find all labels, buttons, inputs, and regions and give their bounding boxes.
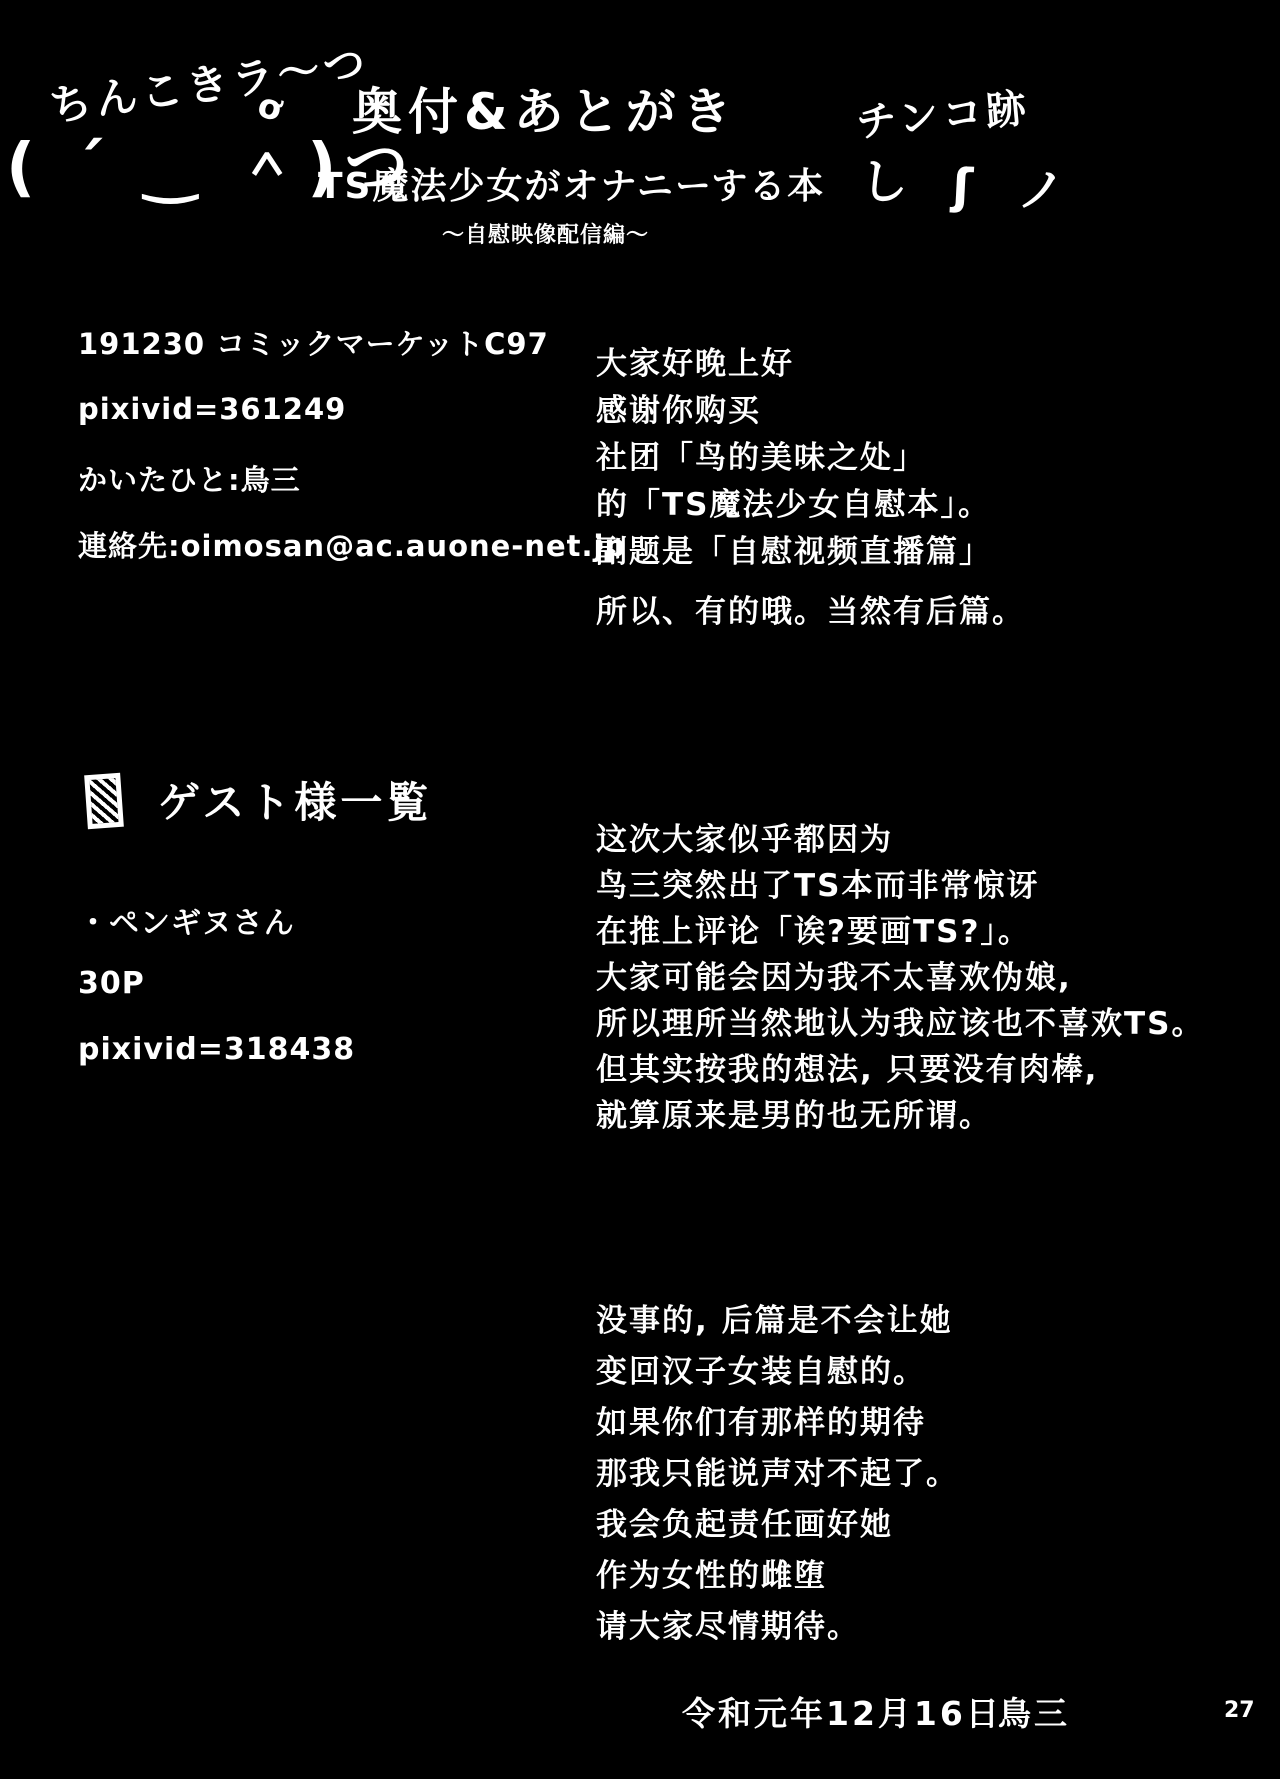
event-info: 191230 コミックマーケットC97 — [78, 322, 549, 363]
afterword-page: ちんこきラ～つ ơ ( ´ ‿ ＾)つ 奥付&あとがき TS魔法少女がオナニーす… — [0, 0, 1280, 1779]
publication-date: 令和元年12月16日 — [682, 1688, 1002, 1735]
page-number: 27 — [1224, 1698, 1255, 1723]
afterword-line: 大家可能会因为我不太喜欢伪娘, — [596, 952, 1072, 997]
afterword-line: 如果你们有那样的期待 — [596, 1397, 926, 1442]
guest-pixiv-id: pixivid=318438 — [78, 1032, 355, 1067]
author-pixiv-id: pixivid=361249 — [78, 392, 346, 426]
afterword-line: 就算原来是男的也无所谓。 — [596, 1090, 992, 1135]
greeting-line: 社团「鸟的美味之处」 — [596, 432, 926, 477]
afterword-line: 所以理所当然地认为我应该也不喜欢TS。 — [596, 998, 1204, 1043]
afterword-line: 没事的, 后篇是不会让她 — [596, 1295, 953, 1340]
afterword-line: 作为女性的雌堕 — [596, 1550, 827, 1595]
guest-list-heading: ゲスト様一覧 — [158, 770, 432, 830]
greeting-line: 所以、有的哦。当然有后篇。 — [596, 586, 1025, 631]
page-title: 奥付&あとがき — [352, 72, 738, 144]
doodle-strokes: し ʃ ノ — [858, 142, 1081, 222]
afterword-line: 但其实按我的想法, 只要没有肉棒, — [596, 1044, 1098, 1089]
afterword-line: 变回汉子女装自慰的。 — [596, 1346, 926, 1391]
doodle-chinko-ato: チンコ跡 — [854, 77, 1032, 149]
afterword-line: 那我只能说声对不起了。 — [596, 1448, 959, 1493]
hatched-square-icon — [84, 773, 124, 829]
afterword-line: 鸟三突然出了TS本而非常惊讶 — [596, 860, 1039, 905]
afterword-line: 这次大家似乎都因为 — [596, 814, 893, 859]
greeting-line: 的「TS魔法少女自慰本」。 — [596, 479, 991, 524]
author-signature: 鳥三 — [998, 1688, 1070, 1735]
guest-pages: 30P — [78, 966, 145, 1001]
greeting-line: 大家好晚上好 — [596, 338, 794, 383]
afterword-line: 我会负起责任画好她 — [596, 1499, 893, 1544]
book-subtitle-tagline: ～自慰映像配信編～ — [442, 218, 649, 249]
contact-email: 連絡先:oimosan@ac.auone-net.jp — [78, 524, 626, 565]
afterword-line: 在推上评论「诶?要画TS?」。 — [596, 906, 1031, 951]
author-credit: かいたひと:鳥三 — [78, 458, 301, 499]
book-title: TS魔法少女がオナニーする本 — [318, 158, 825, 209]
afterword-line: 请大家尽情期待。 — [596, 1601, 860, 1646]
guest-name: ・ペンギヌさん — [78, 898, 295, 942]
greeting-line: 副题是「自慰视频直播篇」 — [596, 526, 992, 571]
greeting-line: 感谢你购买 — [596, 385, 761, 430]
